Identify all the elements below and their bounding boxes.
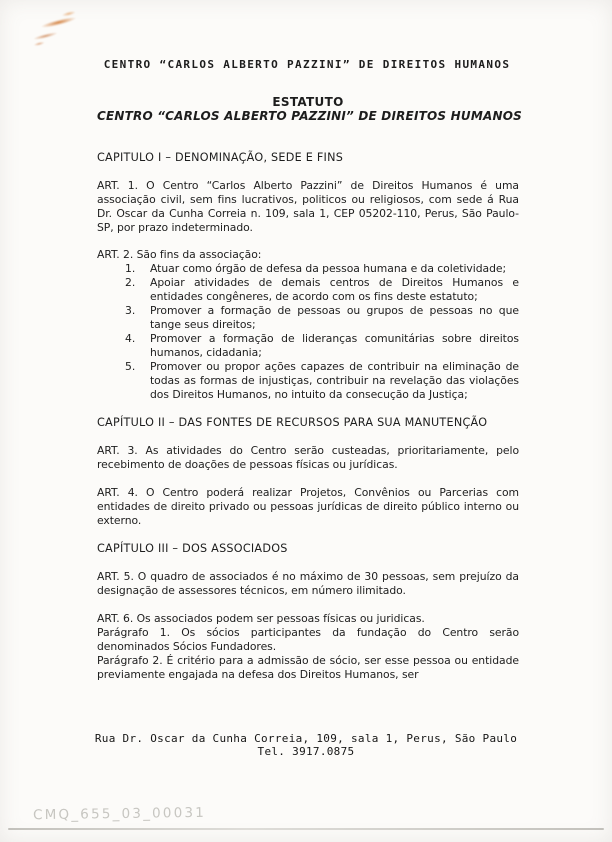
title-block: ESTATUTO CENTRO “CARLOS ALBERTO PAZZINI”… (97, 95, 519, 123)
paragraph-1-clause: Parágrafo 1. Os sócios participantes da … (97, 626, 519, 654)
document-body: CENTRO “CARLOS ALBERTO PAZZINI” DE DIREI… (97, 58, 519, 682)
article-1-paragraph: ART. 1. O Centro “Carlos Alberto Pazzini… (97, 179, 519, 235)
statute-subtitle: CENTRO “CARLOS ALBERTO PAZZINI” DE DIREI… (97, 109, 519, 123)
article-5-paragraph: ART. 5. O quadro de associados é no máxi… (97, 570, 519, 598)
list-item-text: Atuar como órgão de defesa da pessoa hum… (150, 262, 506, 275)
list-item-text: Promover a formação de lideranças comuni… (150, 332, 519, 359)
document-page: CENTRO “CARLOS ALBERTO PAZZINI” DE DIREI… (0, 0, 612, 842)
article-6-paragraph: ART. 6. Os associados podem ser pessoas … (97, 612, 519, 626)
list-item-text: Apoiar atividades de demais centros de D… (150, 276, 519, 303)
chapter-1-title: CAPITULO I – DENOMINAÇÃO, SEDE E FINS (97, 151, 519, 165)
list-item: 2. Apoiar atividades de demais centros d… (97, 276, 519, 304)
list-item-number: 2. (125, 276, 135, 290)
scan-edge-line (8, 828, 604, 830)
article-2-list: 1. Atuar como órgão de defesa da pessoa … (97, 262, 519, 402)
list-item: 5. Promover ou propor ações capazes de c… (97, 360, 519, 402)
article-3-paragraph: ART. 3. As atividades do Centro serão cu… (97, 444, 519, 472)
list-item-text: Promover ou propor ações capazes de cont… (150, 360, 519, 401)
footer-phone: Tel. 3917.0875 (0, 745, 612, 758)
list-item-number: 5. (125, 360, 135, 374)
article-4-paragraph: ART. 4. O Centro poderá realizar Projeto… (97, 486, 519, 528)
page-footer: Rua Dr. Oscar da Cunha Correia, 109, sal… (0, 732, 612, 758)
list-item: 3. Promover a formação de pessoas ou gru… (97, 304, 519, 332)
list-item: 1. Atuar como órgão de defesa da pessoa … (97, 262, 519, 276)
list-item-number: 1. (125, 262, 135, 276)
pencil-code-annotation: CMQ_655_03_00031 (33, 805, 206, 823)
paragraph-2-clause: Parágrafo 2. É critério para a admissão … (97, 654, 519, 682)
list-item: 4. Promover a formação de lideranças com… (97, 332, 519, 360)
list-item-text: Promover a formação de pessoas ou grupos… (150, 304, 519, 331)
organization-header: CENTRO “CARLOS ALBERTO PAZZINI” DE DIREI… (95, 58, 519, 72)
ink-stain-mark (19, 5, 87, 53)
statute-title: ESTATUTO (97, 95, 519, 109)
chapter-2-title: CAPÍTULO II – DAS FONTES DE RECURSOS PAR… (97, 416, 519, 430)
list-item-number: 3. (125, 304, 135, 318)
article-2-intro: ART. 2. São fins da associação: (97, 248, 519, 262)
chapter-3-title: CAPÍTULO III – DOS ASSOCIADOS (97, 542, 519, 556)
footer-address: Rua Dr. Oscar da Cunha Correia, 109, sal… (0, 732, 612, 745)
list-item-number: 4. (125, 332, 135, 346)
